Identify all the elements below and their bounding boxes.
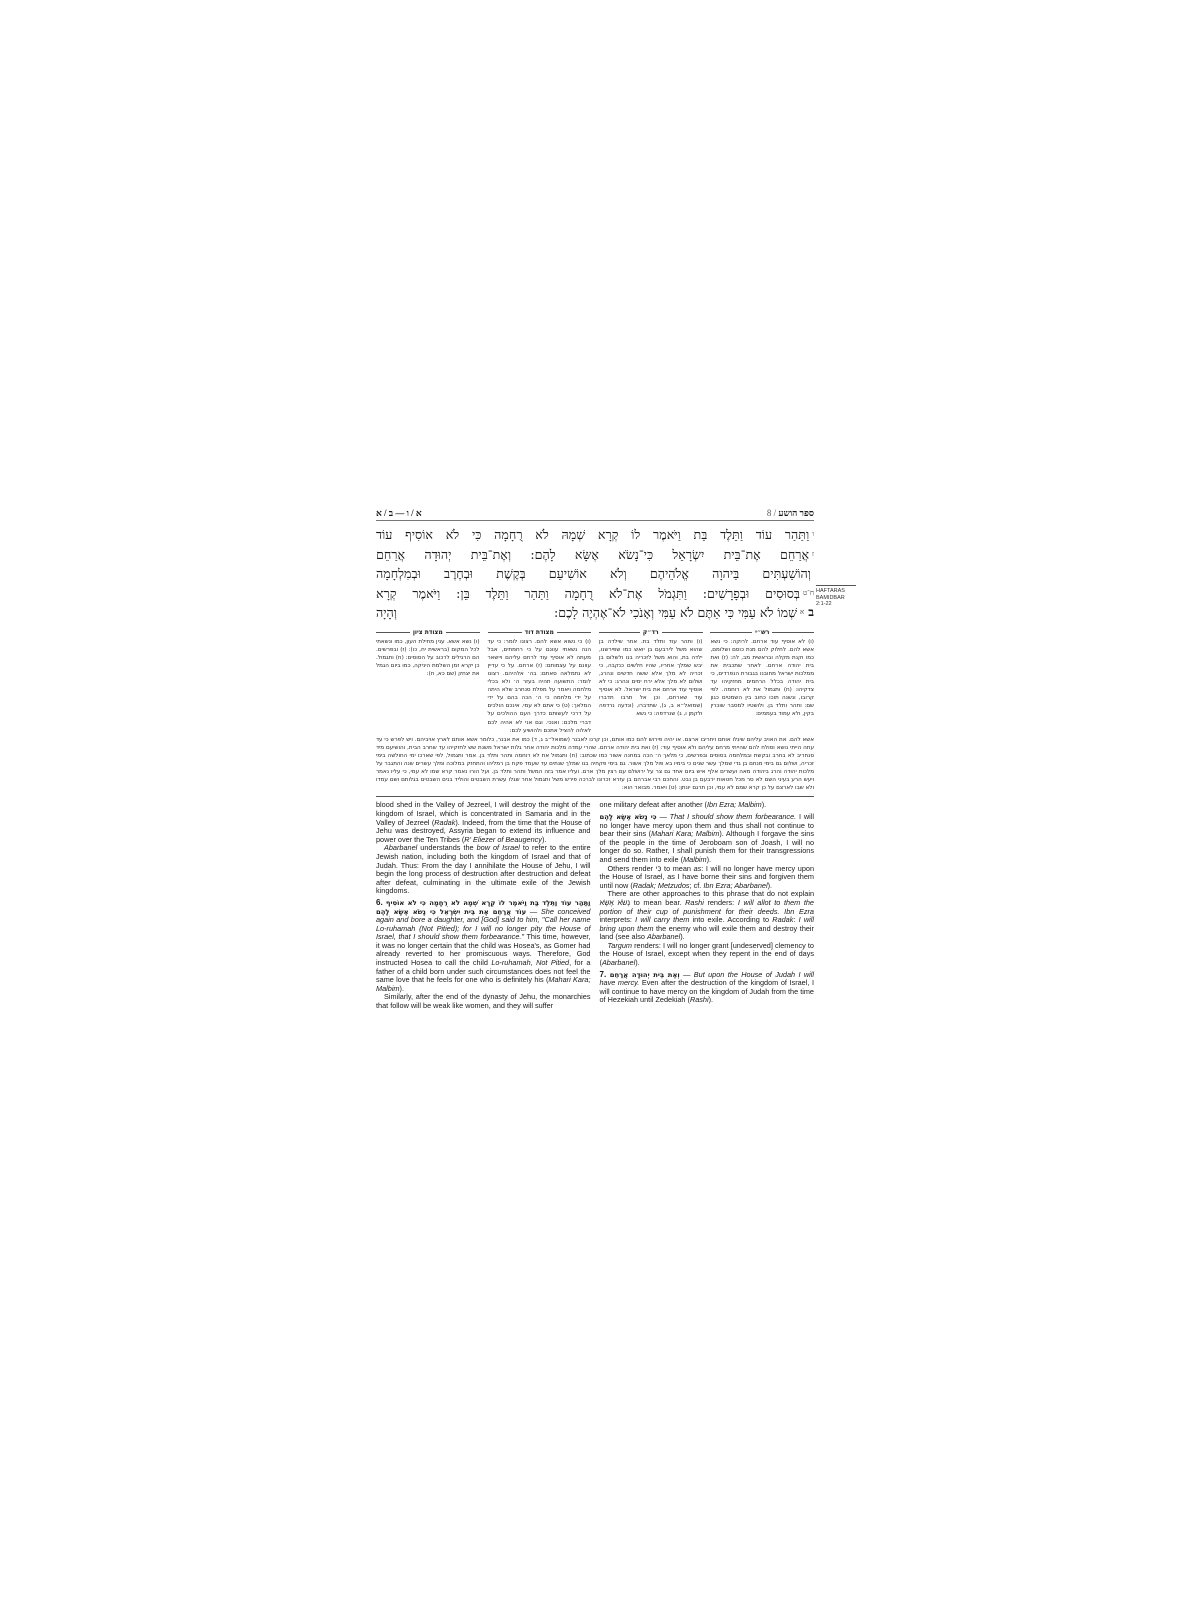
verse-line: ח־ט בְּסוּסִים וּבְפָרָשִׁים: וַתִּגְמֹל… (376, 584, 814, 604)
commentary-title: רש״י (711, 629, 815, 637)
comment-paragraph: There are other approaches to this phras… (600, 890, 815, 942)
verse-line: ו וַתַּהַר עוֹד וַתֵּלֶד בַּת וַיֹּאמֶר … (376, 525, 814, 545)
book-title-block: ספר הושע / 8 (767, 508, 814, 518)
comment-paragraph: blood shed in the Valley of Jezreel, I w… (376, 801, 591, 844)
comment-paragraph: Others render כִּי to mean as: I will no… (600, 865, 815, 891)
commentary-title: מצודת דוד (488, 629, 592, 637)
verse-text: בְּסוּסִים וּבְפָרָשִׁים: וַתִּגְמֹל אֶת… (376, 584, 800, 604)
commentary-metzudas-tzion: מצודת ציון (ו) נשא אשא. ענין מחילת העון,… (376, 629, 480, 735)
commentary-title: רד״ק (599, 629, 703, 637)
commentary-rashi: רש״י (ו) לא אוסיף עוד ארחם. לרוקה: כי נש… (711, 629, 815, 735)
verse-line: וְהוֹשַׁעְתִּים בַּיהוָה אֱלֹהֵיהֶם וְלֹ… (376, 564, 814, 584)
scripture-text: ו וַתַּהַר עוֹד וַתֵּלֶד בַּת וַיֹּאמֶר … (376, 525, 814, 623)
comment-paragraph: Abarbanel understands the bow of Israel … (376, 844, 591, 896)
running-head: א / ו — ב / א ספר הושע / 8 (376, 506, 814, 521)
commentary-metzudas-david: מצודת דוד (ו) כי נשוא אשא להם. רצונו לומ… (488, 629, 592, 735)
verse-line: ז אֲרַחֵם אֶת־בֵּית יִשְׂרָאֵל כִּי־נָשֹ… (376, 545, 814, 565)
commentary-title: מצודת ציון (376, 629, 480, 637)
haftara-label: HAFTARAS BAMIDBAR 2:1-22 (816, 585, 856, 608)
verse-number: 6. (376, 898, 386, 907)
commentary-continuation: אשא להם. את האויב עליהם שיגלו אותם ויחרי… (376, 736, 814, 793)
chapter-range: א / ו — ב / א (376, 508, 422, 518)
verse-text: וְהוֹשַׁעְתִּים בַּיהוָה אֱלֹהֵיהֶם וְלֹ… (376, 564, 811, 584)
verse-number: ז (812, 545, 814, 565)
verse-text: אֲרַחֵם אֶת־בֵּית יִשְׂרָאֵל כִּי־נָשֹׂא… (376, 545, 809, 565)
commentary-radak: רד״ק (ו) ותהר עוד ותלד בת. אחר שילדה בן … (599, 629, 703, 735)
verse-comment: כִּי נָשֹׂא אֶשָּׂא לָהֶם — That I shoul… (600, 813, 815, 865)
english-column-left: blood shed in the Valley of Jezreel, I w… (376, 801, 591, 1010)
commentary-body: (ו) נשא אשא. ענין מחילת העון, כמו ונשאתי… (376, 638, 480, 678)
comment-paragraph: one military defeat after another (Ibn E… (600, 801, 815, 810)
verse-line: ב א שְׁמוֹ לֹא עַמִּי כִּי אַתֶּם לֹא עַ… (376, 603, 814, 623)
book-title: ספר הושע (778, 508, 814, 518)
english-commentary: blood shed in the Valley of Jezreel, I w… (376, 801, 814, 1010)
verse-number: ו (812, 525, 814, 545)
commentary-body: (ו) ותהר עוד ותלד בת. אחר שילדה בן שהוא … (599, 638, 703, 719)
verse-text: שְׁמוֹ לֹא עַמִּי כִּי אַתֶּם לֹא עַמִּי… (405, 603, 797, 623)
commentary-body: (ו) כי נשוא אשא להם. רצונו לומר: כי עד ה… (488, 638, 592, 735)
verse-comment: 6. וַתַּהַר עוֹד וַתֵּלֶד בַּת וַיֹּאמֶר… (376, 899, 591, 994)
chapter-number: ב (808, 603, 814, 623)
divider (376, 796, 814, 797)
verse-comment: 7. וְאֶת בֵּית יְהוּדָה אֲרַחֵם — But up… (600, 971, 815, 1005)
catchword: וְהָיָה (376, 603, 397, 623)
book-page: א / ו — ב / א ספר הושע / 8 ו וַתַּהַר עו… (376, 506, 814, 1011)
verse-number: ח־ט (803, 584, 814, 604)
comment-paragraph: Similarly, after the end of the dynasty … (376, 993, 591, 1010)
commentary-columns: רש״י (ו) לא אוסיף עוד ארחם. לרוקה: כי נש… (376, 629, 814, 735)
verse-number: א (800, 603, 804, 623)
english-column-right: one military defeat after another (Ibn E… (600, 801, 815, 1010)
commentary-body: (ו) לא אוסיף עוד ארחם. לרוקה: כי נשא אשא… (711, 638, 815, 719)
comment-paragraph: Targum renders: I will no longer grant [… (600, 942, 815, 968)
verse-text: וַתַּהַר עוֹד וַתֵּלֶד בַּת וַיֹּאמֶר לו… (376, 525, 809, 545)
